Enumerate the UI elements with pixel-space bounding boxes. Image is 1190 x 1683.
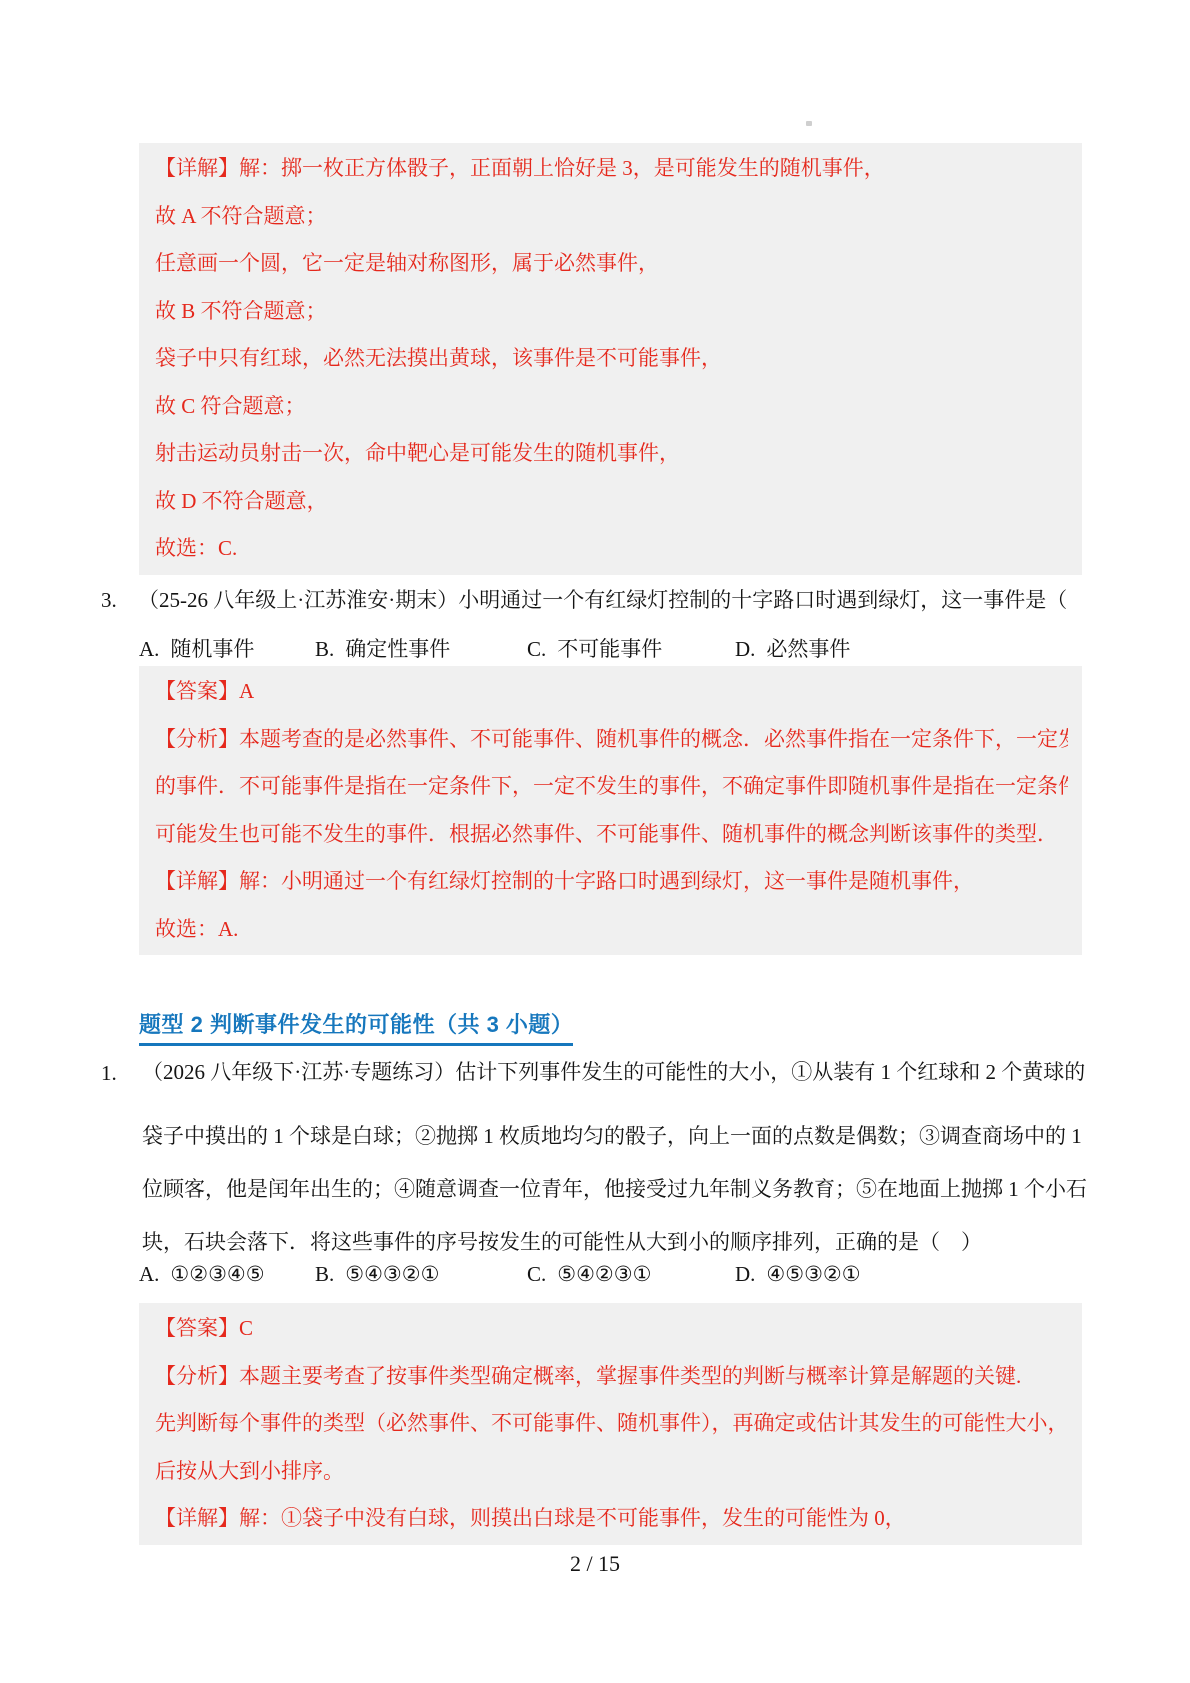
analysis-line: 的事件．不可能事件是指在一定条件下，一定不发生的事件，不确定事件即随机事件是指在…	[155, 763, 1068, 811]
question-3-stem: （25-26 八年级上·江苏淮安·期末）小明通过一个有红绿灯控制的十字路口时遇到…	[138, 586, 1088, 614]
answer-block-question-2: 【详解】解：掷一枚正方体骰子，正面朝上恰好是 3，是可能发生的随机事件， 故 A…	[139, 143, 1082, 575]
question-3-option-d: D.必然事件	[735, 634, 850, 664]
detail-line: 故 A 不符合题意；	[155, 193, 1068, 241]
option-text: 不可能事件	[557, 637, 662, 661]
stray-mark	[806, 121, 812, 126]
analysis-line: 先判断每个事件的类型（必然事件、不可能事件、随机事件），再确定或估计其发生的可能…	[155, 1400, 1068, 1448]
option-text: 必然事件	[766, 637, 850, 661]
question-3-option-a: A.随机事件	[139, 634, 254, 664]
option-text: ⑤④③②①	[345, 1262, 439, 1286]
answer-block-question-3: 【答案】A 【分析】本题考查的是必然事件、不可能事件、随机事件的概念．必然事件指…	[139, 666, 1082, 955]
answer-line: 【答案】C	[155, 1305, 1068, 1353]
stem-line: 袋子中摸出的 1 个球是白球；②抛掷 1 枚质地均匀的骰子，向上一面的点数是偶数…	[142, 1110, 1087, 1163]
option-label: D.	[735, 637, 755, 661]
detail-line: 射击运动员射击一次，命中靶心是可能发生的随机事件，	[155, 430, 1068, 478]
option-label: B.	[315, 637, 334, 661]
detail-line: 袋子中只有红球，必然无法摸出黄球，该事件是不可能事件，	[155, 335, 1068, 383]
option-text: ④⑤③②①	[766, 1262, 860, 1286]
option-label: A.	[139, 1262, 159, 1286]
option-text: ①②③④⑤	[170, 1262, 264, 1286]
option-label: C.	[527, 637, 546, 661]
stem-line: （2026 八年级下·江苏·专题练习）估计下列事件发生的可能性的大小，①从装有 …	[142, 1057, 1087, 1110]
detail-line: 【详解】解：掷一枚正方体骰子，正面朝上恰好是 3，是可能发生的随机事件，	[155, 145, 1068, 193]
detail-line: 故 C 符合题意；	[155, 383, 1068, 431]
detail-line: 故 B 不符合题意；	[155, 288, 1068, 336]
question-3-option-b: B.确定性事件	[315, 634, 450, 664]
option-label: C.	[527, 1262, 546, 1286]
question-3-number: 3.	[101, 586, 117, 614]
analysis-line: 【分析】本题考查的是必然事件、不可能事件、随机事件的概念．必然事件指在一定条件下…	[155, 716, 1068, 764]
section-heading: 题型 2 判断事件发生的可能性（共 3 小题）	[139, 1008, 573, 1046]
question-1-option-a: A.①②③④⑤	[139, 1259, 265, 1289]
detail-line: 故选：A.	[155, 906, 1068, 954]
question-3-option-c: C.不可能事件	[527, 634, 662, 664]
question-3-options: A.随机事件 B.确定性事件 C.不可能事件 D.必然事件	[0, 634, 1190, 666]
option-label: A.	[139, 637, 159, 661]
question-1-number: 1.	[101, 1059, 117, 1087]
option-text: ⑤④②③①	[557, 1262, 651, 1286]
detail-line: 【详解】解：①袋子中没有白球，则摸出白球是不可能事件，发生的可能性为 0，	[155, 1495, 1068, 1543]
detail-line: 故 D 不符合题意，	[155, 478, 1068, 526]
question-1-option-b: B.⑤④③②①	[315, 1259, 439, 1289]
detail-line: 任意画一个圆，它一定是轴对称图形，属于必然事件，	[155, 240, 1068, 288]
stem-line: 位顾客，他是闰年出生的；④随意调查一位青年，他接受过九年制义务教育；⑤在地面上抛…	[142, 1163, 1087, 1216]
document-page: 【详解】解：掷一枚正方体骰子，正面朝上恰好是 3，是可能发生的随机事件， 故 A…	[0, 0, 1190, 1683]
question-1-options: A.①②③④⑤ B.⑤④③②① C.⑤④②③① D.④⑤③②①	[0, 1259, 1190, 1291]
question-1-stem: （2026 八年级下·江苏·专题练习）估计下列事件发生的可能性的大小，①从装有 …	[142, 1057, 1087, 1269]
question-1-option-d: D.④⑤③②①	[735, 1259, 861, 1289]
question-1-option-c: C.⑤④②③①	[527, 1259, 651, 1289]
answer-block-question-1: 【答案】C 【分析】本题主要考查了按事件类型确定概率，掌握事件类型的判断与概率计…	[139, 1303, 1082, 1545]
analysis-line: 可能发生也可能不发生的事件．根据必然事件、不可能事件、随机事件的概念判断该事件的…	[155, 811, 1068, 859]
answer-line: 【答案】A	[155, 668, 1068, 716]
detail-line: 故选：C.	[155, 525, 1068, 573]
option-text: 确定性事件	[345, 637, 450, 661]
option-label: D.	[735, 1262, 755, 1286]
analysis-line: 【分析】本题主要考查了按事件类型确定概率，掌握事件类型的判断与概率计算是解题的关…	[155, 1353, 1068, 1401]
analysis-line: 后按从大到小排序。	[155, 1448, 1068, 1496]
option-text: 随机事件	[170, 637, 254, 661]
page-number: 2 / 15	[0, 1551, 1190, 1577]
detail-line: 【详解】解：小明通过一个有红绿灯控制的十字路口时遇到绿灯，这一事件是随机事件，	[155, 858, 1068, 906]
option-label: B.	[315, 1262, 334, 1286]
